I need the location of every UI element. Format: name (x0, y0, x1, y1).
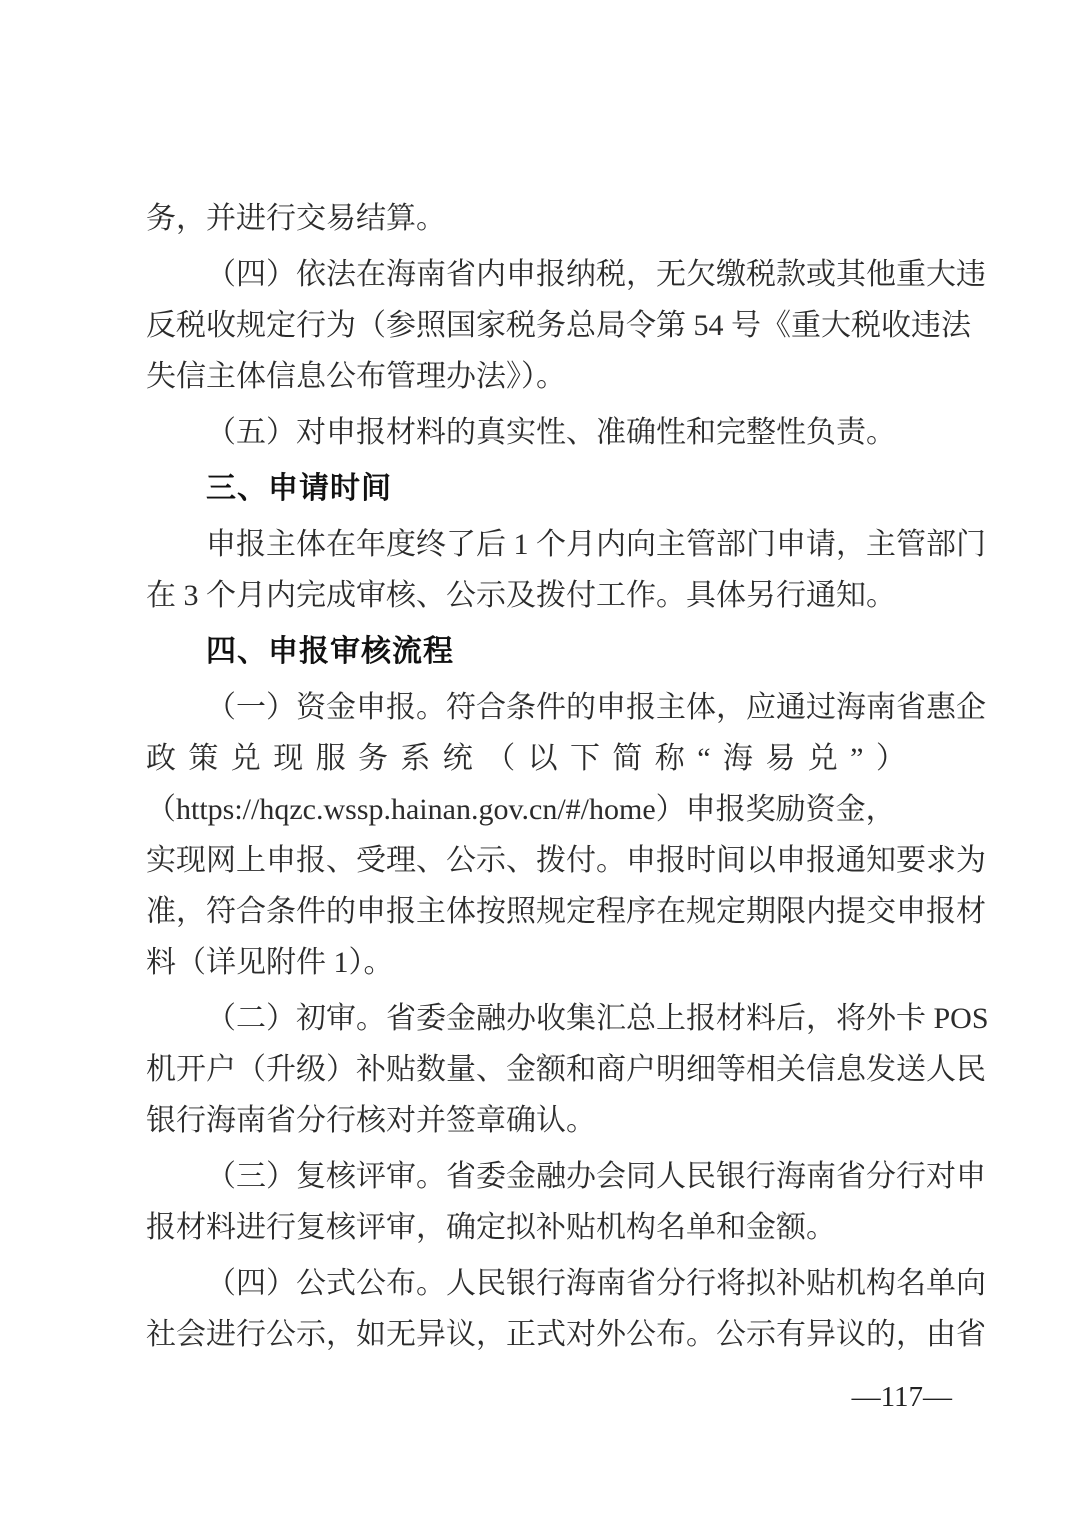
text-line: 在 3 个月内完成审核、公示及拨付工作。具体另行通知。 (146, 570, 952, 621)
text-line: （二）初审。省委金融办收集汇总上报材料后，将外卡 POS (146, 993, 952, 1044)
section-heading: 三、申请时间 (146, 463, 952, 514)
section-heading: 四、申报审核流程 (146, 626, 952, 677)
text-line: 反税收规定行为（参照国家税务总局令第 54 号《重大税收违法 (146, 300, 952, 351)
text-line: 社会进行公示，如无异议，正式对外公布。公示有异议的，由省 (146, 1309, 952, 1360)
text-line: 失信主体信息公布管理办法》）。 (146, 351, 952, 402)
page-number: —117— (146, 1376, 952, 1418)
text-line: 机开户（升级）补贴数量、金额和商户明细等相关信息发送人民 (146, 1044, 952, 1095)
text-line: （https://hqzc.wssp.hainan.gov.cn/#/home）… (146, 784, 952, 835)
text-line: 政策兑现服务系统（以下简称“海易兑”） (146, 733, 952, 784)
text-line: 实现网上申报、受理、公示、拨付。申报时间以申报通知要求为 (146, 835, 952, 886)
text-line: （三）复核评审。省委金融办会同人民银行海南省分行对申 (146, 1151, 952, 1202)
text-line: 务，并进行交易结算。 (146, 193, 952, 244)
text-line: 料（详见附件 1）。 (146, 937, 952, 988)
text-line: 准，符合条件的申报主体按照规定程序在规定期限内提交申报材 (146, 886, 952, 937)
text-line: 报材料进行复核评审，确定拟补贴机构名单和金额。 (146, 1202, 952, 1253)
text-line: （五）对申报材料的真实性、准确性和完整性负责。 (146, 407, 952, 458)
text-line: （一）资金申报。符合条件的申报主体，应通过海南省惠企 (146, 682, 952, 733)
text-line: （四）公式公布。人民银行海南省分行将拟补贴机构名单向 (146, 1258, 952, 1309)
text-line: 申报主体在年度终了后 1 个月内向主管部门申请，主管部门 (146, 519, 952, 570)
document-page: 务，并进行交易结算。 （四）依法在海南省内申报纳税，无欠缴税款或其他重大违 反税… (0, 0, 1080, 1527)
text-line: （四）依法在海南省内申报纳税，无欠缴税款或其他重大违 (146, 249, 952, 300)
text-line: 银行海南省分行核对并签章确认。 (146, 1095, 952, 1146)
